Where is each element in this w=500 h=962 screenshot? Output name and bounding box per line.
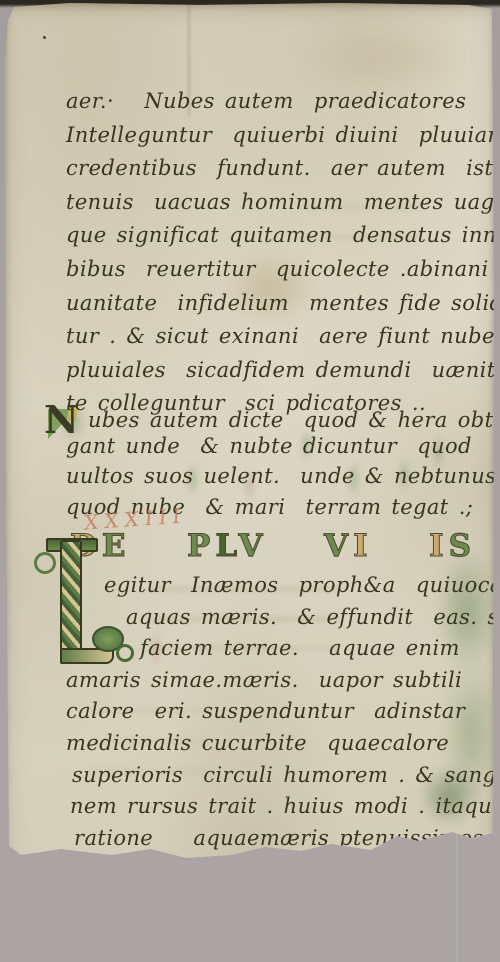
heading-letter: L: [215, 528, 238, 564]
heading-letter: S: [449, 528, 476, 564]
heading-letter: I: [353, 528, 373, 564]
backdrop-seam: [456, 828, 458, 962]
text-line: calore eri. suspenduntur adinstar: [66, 696, 490, 728]
text-line: credentibus fundunt. aer autem iste: [66, 152, 490, 186]
text-line: aer.· Nubes autem praedicatores: [66, 85, 490, 119]
text-line: ratione aquaemæris ptenuissimos: [74, 823, 490, 855]
text-block-nubes-etymology: Nubes autem dicte quod & hera obtegant u…: [66, 400, 490, 522]
text-line: pluuiales sicadfidem demundi uænita: [66, 354, 490, 388]
text-line: bibus reuertitur quicolecte .abinani: [66, 253, 490, 287]
heading-letter: V: [324, 528, 353, 564]
heading-word: PLV: [187, 528, 268, 564]
text-line: nem rursus trait . huius modi . itaque: [70, 791, 490, 823]
initial-flourish-curl: [34, 552, 56, 574]
text-line: superioris circuli humorem . & sangui: [72, 760, 490, 792]
heading-letter: P: [187, 528, 215, 564]
text-block-nubes: aer.· Nubes autem praedicatoresIntellegu…: [66, 85, 490, 421]
text-line: gant unde & nubte dicuntur quod: [66, 431, 490, 462]
text-line: medicinalis cucurbite quaecalore: [66, 728, 490, 760]
text-line-fragment: ubes autem dicte quod & hera obte: [88, 408, 500, 432]
initial-stem: [60, 540, 82, 656]
text-line: Nubes autem dicte quod & hera obte: [66, 400, 490, 431]
decorated-initial-N: N: [44, 400, 86, 440]
heading-letter: V: [238, 528, 267, 564]
text-layer: aer.· Nubes autem praedicatoresIntellegu…: [0, 0, 500, 962]
text-line: que significat quitamen densatus innu: [66, 219, 490, 253]
text-line: egitur Inæmos proph&a quiuocat: [104, 570, 490, 602]
text-line: aquas mæris. & effundit eas. sup: [126, 602, 490, 634]
text-line: uultos suos uelent. unde & nebtunus: [66, 461, 490, 492]
decorated-initial-L: [34, 538, 134, 670]
text-line: tur . & sicut exinani aere fiunt nubes: [66, 320, 490, 354]
initial-flourish-curl: [116, 644, 134, 662]
manuscript-page: aer.· Nubes autem praedicatoresIntellegu…: [0, 0, 500, 962]
heading-word: IS: [429, 528, 476, 564]
heading-word: VI: [324, 528, 373, 564]
photo-background: aer.· Nubes autem praedicatoresIntellegu…: [0, 0, 500, 962]
text-line: Intelleguntur quiuerbi diuini pluuiam: [66, 119, 490, 153]
text-line: tenuis uacuas hominum mentes uagas: [66, 186, 490, 220]
text-line: faciem terrae. aquae enim: [140, 633, 490, 665]
text-line: uanitate infidelium mentes fide solidan: [66, 287, 490, 321]
heading-letter: I: [429, 528, 449, 564]
